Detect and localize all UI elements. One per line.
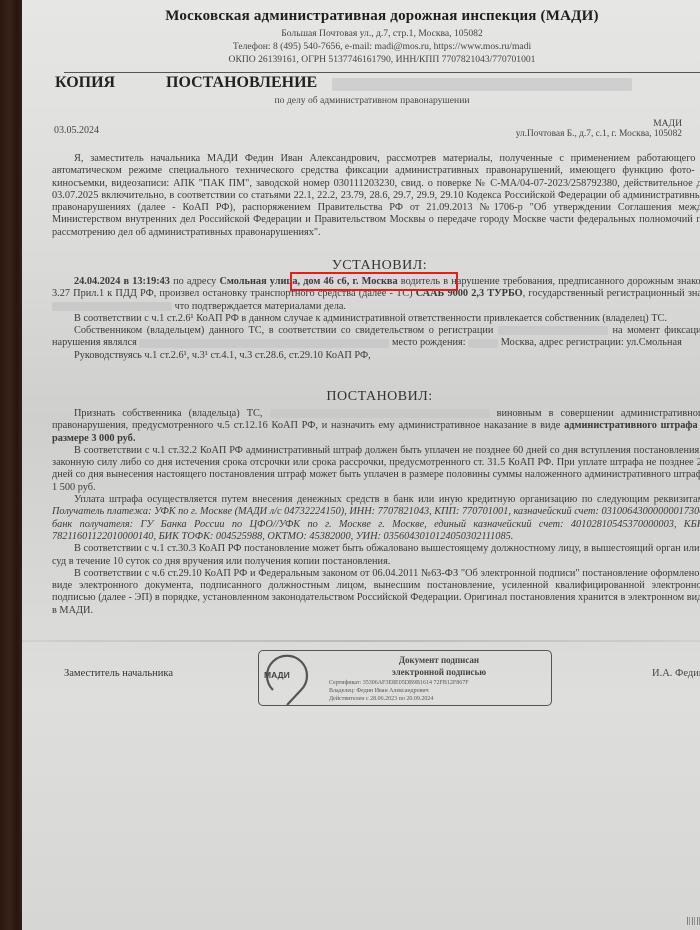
owner-paragraph: Собственником (владельцем) данного ТС, в… [52, 325, 700, 350]
document-subtitle: по делу об административном правонарушен… [182, 95, 562, 106]
by-address-label: по адресу [173, 276, 216, 287]
electronic-signature-paragraph: В соответствии с ч.6 ст.29.10 КоАП РФ и … [52, 568, 700, 617]
intro-text: Я, заместитель начальника МАДИ Федин Ива… [52, 153, 700, 239]
redacted-birthplace [468, 339, 498, 348]
organization-address: Большая Почтовая ул., д.7, стр.1, Москва… [132, 28, 632, 39]
header-divider [64, 72, 700, 73]
resolved-heading: ПОСТАНОВИЛ: [52, 389, 700, 405]
redacted-plate [52, 302, 172, 311]
organization-codes: ОКПО 26139161, ОГРН 5137746161790, ИНН/К… [132, 54, 632, 65]
violation-datetime: 24.04.2024 в 13:19:43 [74, 276, 170, 287]
page-barcode [687, 917, 700, 925]
intro-paragraph: Я, заместитель начальника МАДИ Федин Ива… [52, 153, 700, 239]
organization-title: Московская административная дорожная инс… [132, 8, 632, 25]
redacted-document-number [332, 78, 632, 91]
plate-label: , государственный регистрационный знак [523, 288, 700, 299]
electronic-signature-stamp: МАДИ Документ подписан электронной подпи… [258, 650, 552, 706]
issuer-name: МАДИ [582, 118, 682, 129]
issuer-address: ул.Почтовая Б., д.7, с.1, г. Москва, 105… [462, 129, 682, 139]
appeal-paragraph: В соответствии с ч.1 ст.30.3 КоАП РФ пос… [52, 543, 700, 568]
madi-logo-icon [263, 654, 319, 706]
document-date: 03.05.2024 [54, 125, 99, 136]
paper-fold-line [22, 640, 700, 642]
stamp-validity: Действителен с 28.06.2023 по 20.09.2024 [329, 696, 433, 702]
copy-label: КОПИЯ [55, 74, 115, 92]
stamp-certificate: Сертификат: 35306AF3E8E05DB9B1614 72FB12… [329, 680, 469, 686]
payment-method-text: Уплата штрафа осуществляется путем внесе… [74, 494, 700, 505]
redacted-owner [270, 409, 490, 418]
registration-address: Москва, адрес регистрации: ул.Смольная [501, 337, 682, 348]
guilty-text-start: Признать собственника (владельца) ТС, [74, 408, 263, 419]
stamp-title-line1: Документ подписан [329, 654, 549, 666]
payment-deadline-paragraph: В соответствии с ч.1 ст.32.2 КоАП РФ адм… [52, 445, 700, 494]
address-highlight-box [290, 272, 458, 291]
birthplace-label: место рождения: [392, 337, 466, 348]
payment-details: Получатель платежа: УФК по г. Москве (МА… [52, 506, 700, 542]
owner-text-start: Собственником (владельцем) данного ТС, в… [74, 325, 493, 336]
confirmation-text: что подтверждается материалами дела. [175, 301, 346, 312]
document-page: Московская административная дорожная инс… [22, 0, 700, 930]
redacted-owner-name [139, 339, 389, 348]
wooden-table-background [0, 0, 24, 930]
organization-contacts: Телефон: 8 (495) 540-7656, e-mail: madi@… [132, 41, 632, 52]
document-title: ПОСТАНОВЛЕНИЕ [166, 74, 317, 92]
stamp-owner: Владелец: Федин Иван Александрович [329, 688, 429, 694]
owner-text-na: на [612, 325, 622, 336]
guided-by-paragraph: Руководствуясь ч.1 ст.2.6¹, ч.3¹ ст.4.1,… [52, 350, 700, 362]
stamp-title: Документ подписан электронной подписью [329, 654, 549, 678]
resolved-paragraph: Признать собственника (владельца) ТС, ви… [52, 408, 700, 617]
signer-name: И.А. Федин [652, 668, 700, 679]
signer-position: Заместитель начальника [64, 668, 173, 679]
stamp-title-line2: электронной подписью [329, 666, 549, 678]
stamp-logo-text: МАДИ [264, 670, 290, 680]
redacted-certificate [498, 326, 608, 335]
liability-paragraph: В соответствии с ч.1 ст.2.6¹ КоАП РФ в д… [52, 313, 700, 325]
